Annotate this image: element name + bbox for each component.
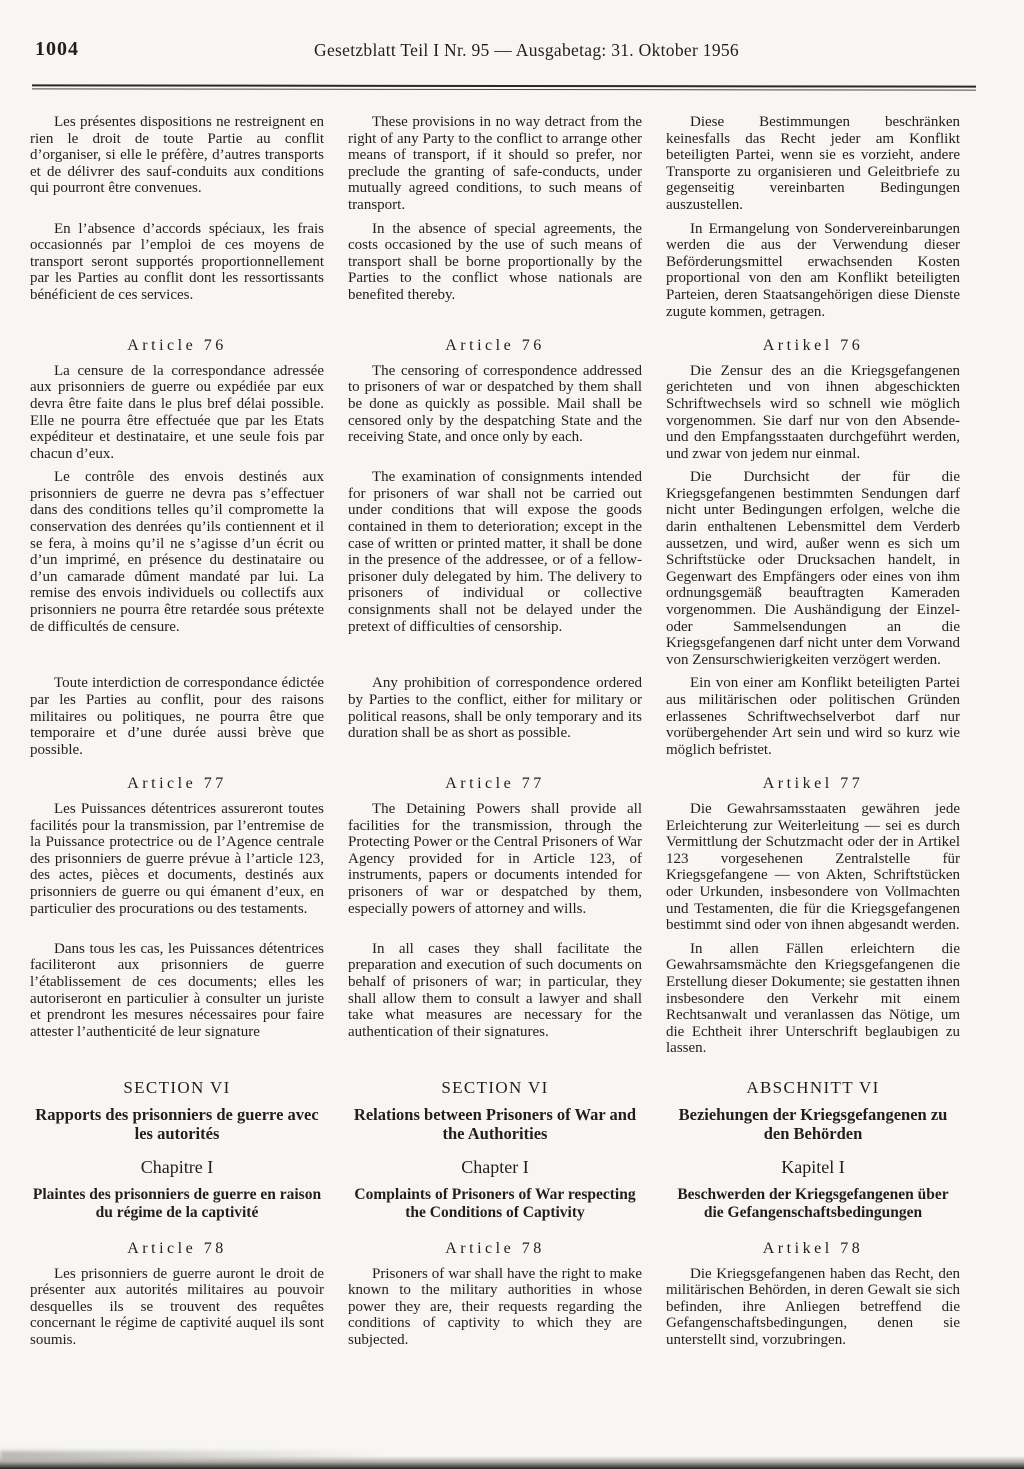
- fr-article-77-heading: Article 77: [30, 776, 324, 793]
- en-section-6-title: Relations between Prisoners of War and t…: [348, 1105, 642, 1143]
- de-section-6-heading: ABSCHNITT VI: [666, 1080, 960, 1097]
- en-article-77-paragraph-1: The Detaining Powers shall provide all f…: [348, 801, 642, 934]
- fr-chapter-1-heading: Chapitre I: [30, 1159, 324, 1176]
- fr-section-6-title: Rapports des prisonniers de guerre avec …: [30, 1105, 324, 1143]
- fr-intro-paragraph-2: En l’absence d’accords spéciaux, les fra…: [30, 221, 324, 321]
- fr-article-77-paragraph-2: Dans tous les cas, les Puissances détent…: [30, 941, 324, 1057]
- fr-article-78-heading: Article 78: [30, 1241, 324, 1258]
- de-article-76-paragraph-3: Ein von einer am Konflikt beteiligten Pa…: [666, 675, 960, 758]
- fr-intro-paragraph-1: Les présentes dispositions ne restreigne…: [30, 114, 324, 214]
- en-article-77-paragraph-2: In all cases they shall facilitate the p…: [348, 941, 642, 1057]
- de-article-77-heading: Artikel 77: [666, 776, 960, 793]
- de-section-6-title: Beziehungen der Kriegsgefangenen zu den …: [666, 1105, 960, 1143]
- en-article-76-paragraph-1: The censoring of correspondence addresse…: [348, 363, 642, 463]
- de-intro-paragraph-1: Diese Bestimmungen beschränken keinesfal…: [666, 114, 960, 214]
- fr-article-78-paragraph-1: Les prisonniers de guerre auront le droi…: [30, 1266, 324, 1349]
- en-section-6-heading: SECTION VI: [348, 1080, 642, 1097]
- fr-section-6-heading: SECTION VI: [30, 1080, 324, 1097]
- page-number: 1004: [35, 38, 79, 61]
- page-header-title: Gesetzblatt Teil I Nr. 95 — Ausgabetag: …: [35, 40, 958, 61]
- fr-article-76-paragraph-1: La censure de la correspondance adressée…: [30, 363, 324, 463]
- en-chapter-1-title: Complaints of Prisoners of War respectin…: [348, 1186, 642, 1222]
- en-intro-paragraph-2: In the absence of special agreements, th…: [348, 221, 642, 321]
- de-article-76-paragraph-2: Die Durchsicht der für die Kriegsgefange…: [666, 469, 960, 668]
- en-article-78-paragraph-1: Prisoners of war shall have the right to…: [348, 1266, 642, 1349]
- de-chapter-1-title: Beschwerden der Kriegsgefangenen über di…: [666, 1186, 960, 1222]
- document-page: 1004 Gesetzblatt Teil I Nr. 95 — Ausgabe…: [0, 0, 1024, 1469]
- header-double-rule: [32, 84, 976, 90]
- page-header: 1004 Gesetzblatt Teil I Nr. 95 — Ausgabe…: [0, 0, 1024, 76]
- de-article-77-paragraph-2: In allen Fällen erleichtern die Gewahrsa…: [666, 941, 960, 1057]
- de-article-76-paragraph-1: Die Zensur des an die Kriegsgefangenen g…: [666, 363, 960, 463]
- en-article-76-paragraph-2: The examination of consignments intended…: [348, 469, 642, 668]
- fr-article-76-paragraph-3: Toute interdiction de correspondance édi…: [30, 675, 324, 758]
- de-article-78-paragraph-1: Die Kriegsgefangenen haben das Recht, de…: [666, 1266, 960, 1349]
- en-article-77-heading: Article 77: [348, 776, 642, 793]
- en-article-78-heading: Article 78: [348, 1241, 642, 1258]
- fr-article-77-paragraph-1: Les Puissances détentrices assureront to…: [30, 801, 324, 934]
- scan-edge-artifact: [0, 1456, 1024, 1469]
- de-chapter-1-heading: Kapitel I: [666, 1159, 960, 1176]
- de-intro-paragraph-2: In Ermangelung von Sondervereinbarungen …: [666, 221, 960, 321]
- de-article-76-heading: Artikel 76: [666, 338, 960, 355]
- fr-article-76-heading: Article 76: [30, 338, 324, 355]
- en-intro-paragraph-1: These provisions in no way detract from …: [348, 114, 642, 214]
- fr-article-76-paragraph-2: Le contrôle des envois destinés aux pris…: [30, 469, 324, 668]
- fr-chapter-1-title: Plaintes des prisonniers de guerre en ra…: [30, 1186, 324, 1222]
- en-chapter-1-heading: Chapter I: [348, 1159, 642, 1176]
- en-article-76-paragraph-3: Any prohibition of correspondence ordere…: [348, 675, 642, 758]
- de-article-77-paragraph-1: Die Gewahrsamsstaaten gewähren jede Erle…: [666, 801, 960, 934]
- en-article-76-heading: Article 76: [348, 338, 642, 355]
- three-column-text-body: Les présentes dispositions ne restreigne…: [30, 114, 960, 1356]
- de-article-78-heading: Artikel 78: [666, 1241, 960, 1258]
